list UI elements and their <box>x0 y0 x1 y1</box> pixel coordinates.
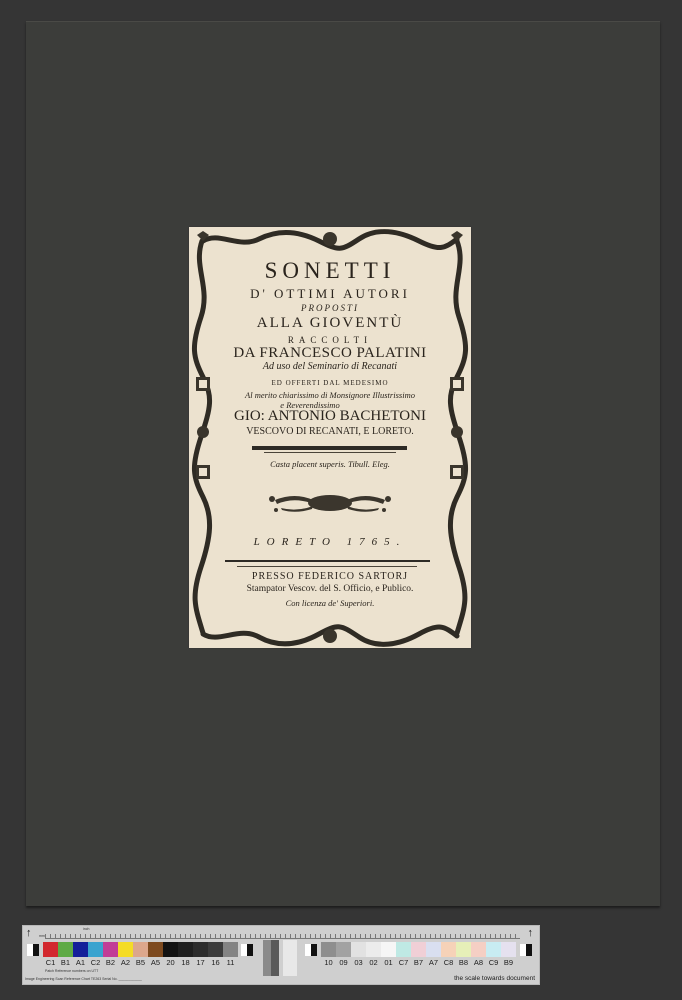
target-square <box>305 944 317 956</box>
patch-label: C2 <box>88 958 103 967</box>
chart-footer: Image Engineering Scan Reference Chart T… <box>25 977 142 981</box>
color-patch <box>223 942 238 957</box>
patch-label: 11 <box>223 958 238 967</box>
imprint-licence: Con licenza de' Superiori. <box>189 598 471 608</box>
patch-label: 20 <box>163 958 178 967</box>
target-square <box>241 944 253 956</box>
line-vescovo: VESCOVO DI RECANATI, E LORETO. <box>189 426 471 437</box>
patch-label: B5 <box>133 958 148 967</box>
color-patch <box>88 942 103 957</box>
color-patch <box>471 942 486 957</box>
ruler-unit-inch: inch <box>83 927 89 931</box>
patch-label: A7 <box>426 958 441 967</box>
color-patch <box>43 942 58 957</box>
color-patch <box>366 942 381 957</box>
color-patch <box>208 942 223 957</box>
color-patch <box>351 942 366 957</box>
patch-label: A8 <box>471 958 486 967</box>
rule-imprint-thin <box>237 566 417 567</box>
target-square <box>520 944 532 956</box>
color-patch <box>501 942 516 957</box>
color-patch <box>456 942 471 957</box>
patch-label: B9 <box>501 958 516 967</box>
grey-wedge <box>263 940 279 976</box>
line-proposti: PROPOSTI <box>189 303 471 313</box>
right-patch-labels: 1009030201C7B7A7C8B8A8C9B9 <box>321 958 516 967</box>
right-color-patches <box>321 942 516 957</box>
patch-label: B1 <box>58 958 73 967</box>
resolution-target <box>283 940 297 976</box>
color-patch <box>441 942 456 957</box>
epigraph: Casta placent superis. Tibull. Eleg. <box>189 459 471 469</box>
line-dedicatee: GIO: ANTONIO BACHETONI <box>189 408 471 425</box>
color-patch <box>163 942 178 957</box>
left-color-patches <box>43 942 238 957</box>
target-square <box>27 944 39 956</box>
color-patch <box>426 942 441 957</box>
ruler-unit-mm: mm <box>39 934 45 938</box>
patch-label: 10 <box>321 958 336 967</box>
patch-note: Patch Reference numbers on UTT <box>45 969 98 973</box>
line-raccolti: RACCOLTI <box>189 335 471 345</box>
patch-label: C9 <box>486 958 501 967</box>
color-patch <box>178 942 193 957</box>
arrow-up-icon: ↑ <box>528 927 534 939</box>
color-patch <box>118 942 133 957</box>
color-patch <box>133 942 148 957</box>
title-sonetti: SONETTI <box>189 258 471 284</box>
patch-label: A2 <box>118 958 133 967</box>
color-patch <box>103 942 118 957</box>
color-patch <box>381 942 396 957</box>
rule-divider <box>252 446 407 450</box>
title-page: SONETTI D' OTTIMI AUTORI PROPOSTI ALLA G… <box>189 227 471 648</box>
line-al-merito: Al merito chiarissimo di Monsignore Illu… <box>189 390 471 400</box>
left-patch-labels: C1B1A1C2B2A2B5A52018171611 <box>43 958 238 967</box>
title-dottimi-autori: D' OTTIMI AUTORI <box>189 286 471 302</box>
line-author: DA FRANCESCO PALATINI <box>189 345 471 362</box>
patch-label: C7 <box>396 958 411 967</box>
patch-label: C8 <box>441 958 456 967</box>
patch-label: B8 <box>456 958 471 967</box>
color-patch <box>336 942 351 957</box>
patch-label: B7 <box>411 958 426 967</box>
imprint-place-year: LORETO 1765. <box>189 536 471 548</box>
arrow-up-icon: ↑ <box>26 927 32 939</box>
line-alla-gioventu: ALLA GIOVENTÙ <box>189 315 471 332</box>
rule-divider-thin <box>264 452 396 453</box>
color-patch <box>486 942 501 957</box>
patch-label: A5 <box>148 958 163 967</box>
patch-label: 01 <box>381 958 396 967</box>
color-patch <box>148 942 163 957</box>
patch-label: B2 <box>103 958 118 967</box>
color-patch <box>411 942 426 957</box>
patch-label: 17 <box>193 958 208 967</box>
patch-label: C1 <box>43 958 58 967</box>
line-ed-offerti: ED OFFERTI DAL MEDESIMO <box>189 379 471 387</box>
color-patch <box>58 942 73 957</box>
printers-ornament-icon <box>267 490 393 516</box>
color-patch <box>73 942 88 957</box>
color-patch <box>396 942 411 957</box>
imprint-printer-role: Stampator Vescov. del S. Officio, e Publ… <box>189 584 471 594</box>
color-patch <box>321 942 336 957</box>
patch-label: 16 <box>208 958 223 967</box>
color-patch <box>193 942 208 957</box>
patch-label: 09 <box>336 958 351 967</box>
line-ad-uso: Ad uso del Seminario di Recanati <box>189 361 471 372</box>
patch-label: A1 <box>73 958 88 967</box>
rule-imprint <box>225 560 430 562</box>
patch-label: 03 <box>351 958 366 967</box>
patch-label: 18 <box>178 958 193 967</box>
patch-label: 02 <box>366 958 381 967</box>
imprint-printer: PRESSO FEDERICO SARTORJ <box>189 571 471 582</box>
color-calibration-strip: ↑ ↑ mm inch C1B1A1C2B2A2B5A52018171611 1… <box>22 925 540 985</box>
measurement-ruler <box>45 929 520 939</box>
scale-note: the scale towards document <box>454 975 535 982</box>
